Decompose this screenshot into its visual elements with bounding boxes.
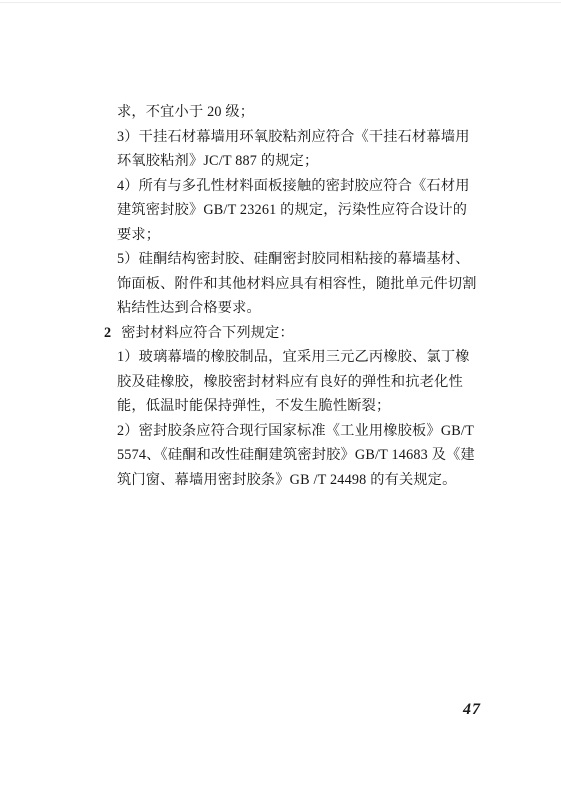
text-line: 建筑密封胶》GB/T 23261 的规定，污染性应符合设计的	[117, 198, 463, 223]
text-block: 求，不宜小于 20 级；3）干挂石材幕墙用环氧胶粘剂应符合《干挂石材幕墙用环氧胶…	[117, 100, 463, 492]
text-line: 1）玻璃幕墙的橡胶制品，宜采用三元乙丙橡胶、氯丁橡	[117, 345, 463, 370]
text-line: 3）干挂石材幕墙用环氧胶粘剂应符合《干挂石材幕墙用	[117, 125, 463, 150]
text-line: 求，不宜小于 20 级；	[117, 100, 463, 125]
clause-text: 密封材料应符合下列规定：	[121, 325, 294, 341]
text-line: 饰面板、附件和其他材料应具有相容性，随批单元件切割	[117, 272, 463, 297]
text-line: 5574、《硅酮和改性硅酮建筑密封胶》GB/T 14683 及《建	[117, 443, 463, 468]
scan-edge-line	[0, 2, 561, 3]
text-line: 能，低温时能保持弹性，不发生脆性断裂；	[117, 394, 463, 419]
text-line: 5）硅酮结构密封胶、硅酮密封胶同相粘接的幕墙基材、	[117, 247, 463, 272]
text-line: 筑门窗、幕墙用密封胶条》GB /T 24498 的有关规定。	[117, 468, 463, 493]
page-number: 47	[463, 701, 481, 719]
text-line: 胶及硅橡胶，橡胶密封材料应有良好的弹性和抗老化性	[117, 370, 463, 395]
text-line: 要求；	[117, 223, 463, 248]
clause-number: 2	[104, 321, 111, 346]
text-line: 粘结性达到合格要求。	[117, 296, 463, 321]
text-line: 4）所有与多孔性材料面板接触的密封胶应符合《石材用	[117, 174, 463, 199]
text-line: 2密封材料应符合下列规定：	[117, 321, 463, 346]
text-line: 环氧胶粘剂》JC/T 887 的规定；	[117, 149, 463, 174]
text-line: 2）密封胶条应符合现行国家标准《工业用橡胶板》GB/T	[117, 419, 463, 444]
document-page: 求，不宜小于 20 级；3）干挂石材幕墙用环氧胶粘剂应符合《干挂石材幕墙用环氧胶…	[0, 0, 561, 804]
